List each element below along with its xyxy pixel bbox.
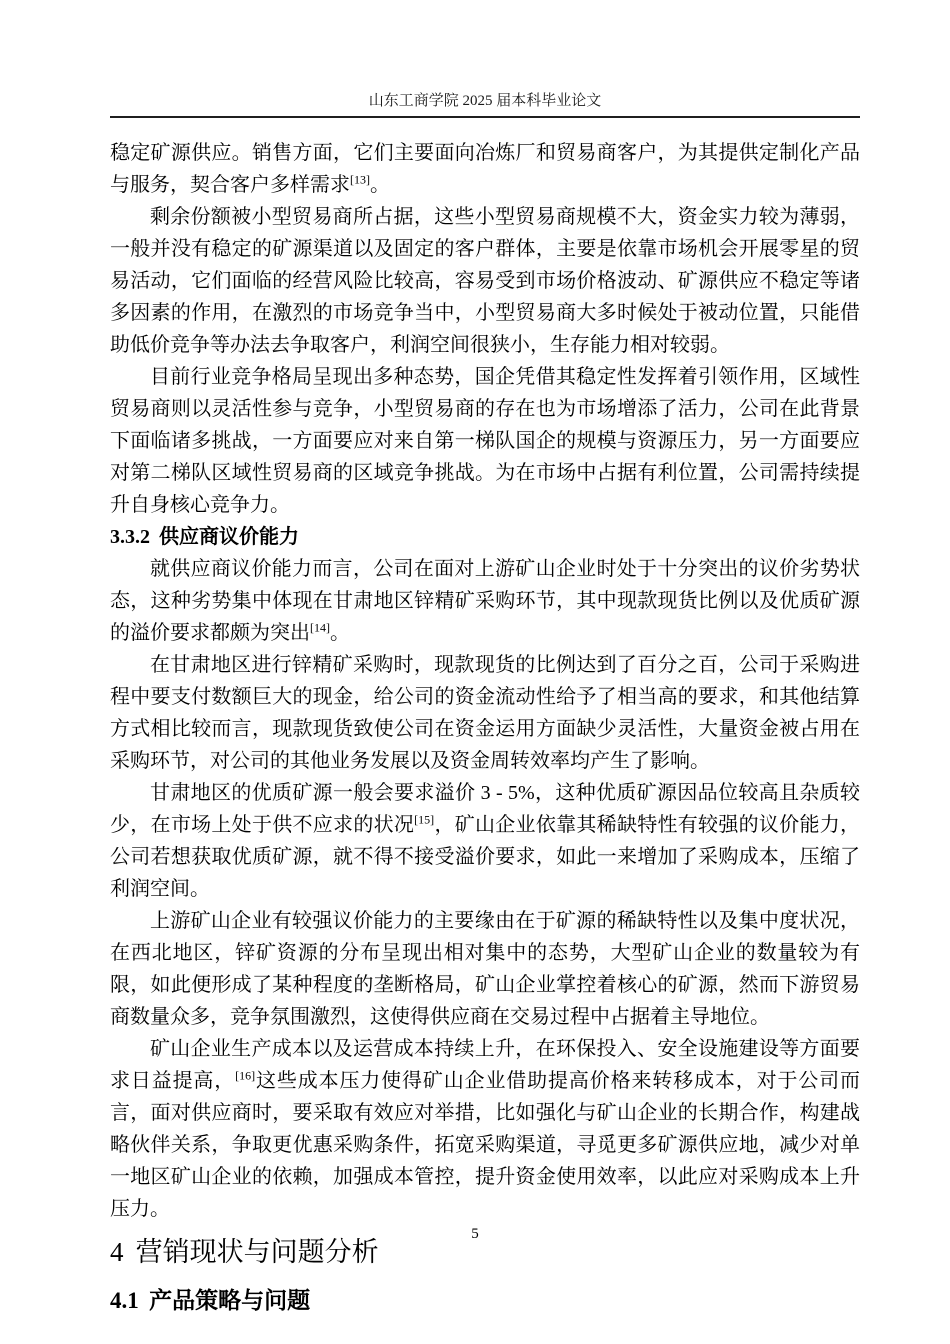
- page-body: 稳定矿源供应。销售方面，它们主要面向冶炼厂和贸易商客户，为其提供定制化产品与服务…: [110, 137, 860, 1316]
- page-number: 5: [0, 1224, 950, 1244]
- paragraph: 矿山企业生产成本以及运营成本持续上升，在环保投入、安全设施建设等方面要求日益提高…: [110, 1033, 860, 1225]
- citation-marker: [14]: [310, 620, 330, 634]
- paragraph: 稳定矿源供应。销售方面，它们主要面向冶炼厂和贸易商客户，为其提供定制化产品与服务…: [110, 137, 860, 201]
- running-header: 山东工商学院 2025 届本科毕业论文: [110, 92, 860, 110]
- paragraph: 剩余份额被小型贸易商所占据，这些小型贸易商规模不大，资金实力较为薄弱，一般并没有…: [110, 201, 860, 361]
- paragraph-text: 在甘肃地区进行锌精矿采购时，现款现货的比例达到了百分之百，公司于采购进程中要支付…: [110, 654, 860, 772]
- paragraph-text: 这些成本压力使得矿山企业借助提高价格来转移成本，对于公司而言，面对供应商时，要采…: [110, 1070, 860, 1220]
- paragraph-text: 稳定矿源供应。销售方面，它们主要面向冶炼厂和贸易商客户，为其提供定制化产品与服务…: [110, 142, 860, 196]
- paragraph: 上游矿山企业有较强议价能力的主要缘由在于矿源的稀缺特性以及集中度状况，在西北地区…: [110, 905, 860, 1033]
- citation-marker: [16]: [235, 1068, 255, 1082]
- citation-marker: [15]: [414, 812, 434, 826]
- paragraph-text: 目前行业竞争格局呈现出多种态势，国企凭借其稳定性发挥着引领作用，区域性贸易商则以…: [110, 366, 860, 516]
- paragraph-text: 就供应商议价能力而言，公司在面对上游矿山企业时处于十分突出的议价劣势状态，这种劣…: [110, 558, 860, 644]
- thesis-page: 山东工商学院 2025 届本科毕业论文 稳定矿源供应。销售方面，它们主要面向冶炼…: [0, 0, 950, 1344]
- paragraph-text: 。: [330, 622, 350, 644]
- heading-title: 供应商议价能力: [159, 526, 299, 548]
- paragraph: 目前行业竞争格局呈现出多种态势，国企凭借其稳定性发挥着引领作用，区域性贸易商则以…: [110, 361, 860, 521]
- heading-number: 4.1: [110, 1288, 139, 1313]
- heading-number: 3.3.2: [110, 526, 150, 548]
- paragraph-text: 。: [370, 174, 390, 196]
- paragraph: 甘肃地区的优质矿源一般会要求溢价 3 - 5%，这种优质矿源因品位较高且杂质较少…: [110, 777, 860, 905]
- header-rule: [110, 116, 860, 118]
- paragraph: 就供应商议价能力而言，公司在面对上游矿山企业时处于十分突出的议价劣势状态，这种劣…: [110, 553, 860, 649]
- subsection-heading-3-3-2: 3.3.2供应商议价能力: [110, 521, 860, 553]
- heading-title: 产品策略与问题: [149, 1287, 310, 1313]
- section-heading-4-1: 4.1产品策略与问题: [110, 1285, 860, 1316]
- paragraph-text: 上游矿山企业有较强议价能力的主要缘由在于矿源的稀缺特性以及集中度状况，在西北地区…: [110, 910, 860, 1028]
- citation-marker: [13]: [350, 172, 370, 186]
- paragraph-text: 剩余份额被小型贸易商所占据，这些小型贸易商规模不大，资金实力较为薄弱，一般并没有…: [110, 206, 860, 356]
- paragraph: 在甘肃地区进行锌精矿采购时，现款现货的比例达到了百分之百，公司于采购进程中要支付…: [110, 649, 860, 777]
